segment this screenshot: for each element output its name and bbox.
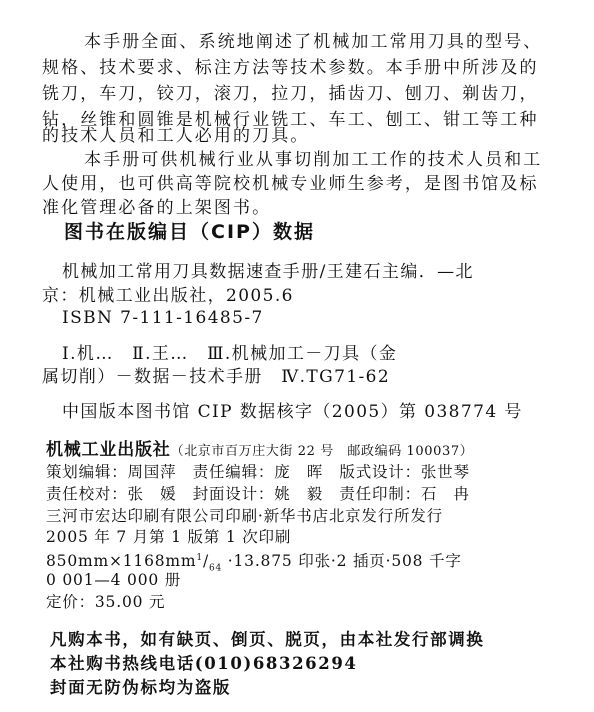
edition-line: 2005 年 7 月第 1 版第 1 次印刷 bbox=[46, 527, 291, 547]
print-run: 0 001—4 000 册 bbox=[46, 570, 181, 590]
notice-line: 封面无防伪标均为盗版 bbox=[50, 678, 231, 698]
format-size: 850mm×1168mm bbox=[46, 552, 196, 570]
cip-heading: 图书在版编目（CIP）数据 bbox=[64, 222, 315, 242]
editors-line: 策划编辑：周国萍 责任编辑：庞 晖 版式设计：张世琴 bbox=[46, 462, 470, 482]
description-line: 人使用，也可供高等院校机械专业师生参考，是图书馆及标 bbox=[42, 174, 539, 194]
cip-isbn: ISBN 7-111-16485-7 bbox=[62, 308, 264, 328]
description-line: 的技术人员和工人必用的刀具。 bbox=[42, 126, 309, 146]
cip-classification-line: Ⅰ.机… Ⅱ.王… Ⅲ.机械加工－刀具（金 bbox=[62, 344, 397, 364]
printer-line: 三河市宏达印刷有限公司印刷·新华书店北京发行所发行 bbox=[46, 506, 443, 526]
description-line: 本手册可供机械行业从事切削加工工作的技术人员和工 bbox=[84, 150, 542, 170]
proofing-line: 责任校对：张 媛 封面设计：姚 毅 责任印制：石 冉 bbox=[46, 484, 470, 504]
price: 定价：35.00 元 bbox=[46, 592, 165, 612]
publisher-line: 机械工业出版社（北京市百万庄大街 22 号 邮政编码 100037） bbox=[46, 440, 473, 462]
description-line: 铣刀，车刀，铰刀，滚刀，拉刀，插齿刀、刨刀、剃齿刀， bbox=[42, 84, 539, 104]
notice-line: 凡购本书，如有缺页、倒页、脱页，由本社发行部调换 bbox=[50, 630, 484, 650]
cip-classification-line: 属切削）－数据－技术手册 Ⅳ.TG71-62 bbox=[42, 367, 390, 387]
cip-title-line: 机械加工常用刀具数据速查手册/王建石主编．—北 bbox=[62, 262, 474, 282]
description-line: 准化管理必备的上架图书。 bbox=[42, 198, 271, 218]
publisher-name: 机械工业出版社 bbox=[46, 440, 171, 460]
cip-title-line: 京：机械工业出版社，2005.6 bbox=[42, 286, 294, 306]
format-fraction-num: 1 bbox=[196, 553, 203, 563]
format-details: ·13.875 印张·2 插页·508 千字 bbox=[228, 552, 462, 570]
cip-record-number: 中国版本图书馆 CIP 数据核字（2005）第 038774 号 bbox=[62, 402, 523, 422]
description-line: 规格、技术要求、标注方法等技术参数。本手册中所涉及的 bbox=[42, 58, 539, 78]
description-line: 本手册全面、系统地阐述了机械加工常用刀具的型号、 bbox=[84, 32, 542, 52]
format-fraction-den: 64 bbox=[209, 563, 222, 573]
publisher-address: （北京市百万庄大街 22 号 邮政编码 100037） bbox=[171, 444, 474, 459]
notice-hotline: 本社购书热线电话(010)68326294 bbox=[50, 654, 358, 674]
